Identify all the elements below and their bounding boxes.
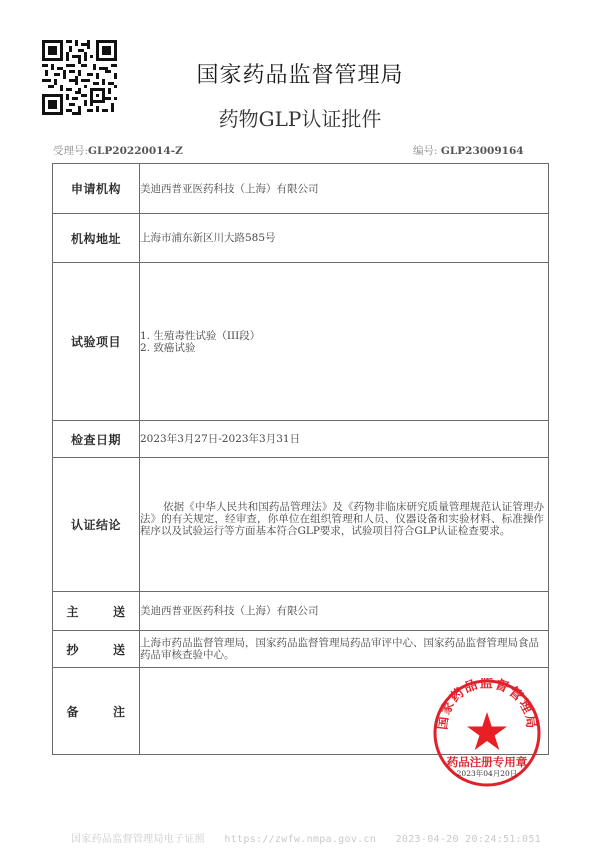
table-row-main-recipient: 主送 美迪西普亚医药科技（上海）有限公司 <box>53 592 549 631</box>
table-row-applicant: 申请机构 美迪西普亚医药科技（上海）有限公司 <box>53 164 549 214</box>
acceptance-number-label: 受理号: <box>53 145 88 157</box>
document-subtitle: 药物GLP认证批件 <box>0 103 600 132</box>
acceptance-number-value: GLP20220014-Z <box>88 145 183 157</box>
serial-number-value: GLP23009164 <box>441 145 524 157</box>
page-title: 国家药品监督管理局 <box>0 58 600 89</box>
certificate-table: 申请机构 美迪西普亚医药科技（上海）有限公司 机构地址 上海市浦东新区川大路58… <box>52 163 549 755</box>
footer-url[interactable]: https://zwfw.nmpa.gov.cn <box>224 834 376 845</box>
inspection-date-label: 检查日期 <box>53 421 140 458</box>
main-recipient-label: 主送 <box>53 592 140 631</box>
cc-value: 上海市药品监督管理局，国家药品监督管理局药品审评中心、国家药品监督管理局食品药品… <box>140 631 549 668</box>
serial-number-label: 编号: <box>413 145 438 157</box>
inspection-date-value: 2023年3月27日-2023年3月31日 <box>140 421 549 458</box>
main-recipient-value: 美迪西普亚医药科技（上海）有限公司 <box>140 592 549 631</box>
conclusion-value: 依据《中华人民共和国药品管理法》及《药物非临床研究质量管理规范认证管理办法》的有… <box>140 458 549 592</box>
seal-date: 2023年04月20日 <box>457 768 518 778</box>
remarks-label: 备注 <box>53 668 140 755</box>
footer: 国家药品监督管理局电子证照 https://zwfw.nmpa.gov.cn 2… <box>0 830 600 845</box>
test-items-label: 试验项目 <box>53 263 140 421</box>
footer-issuer: 国家药品监督管理局电子证照 <box>71 834 205 845</box>
conclusion-label: 认证结论 <box>53 458 140 592</box>
footer-timestamp: 2023-04-20 20:24:51:051 <box>396 834 541 845</box>
star-icon <box>467 712 507 750</box>
official-seal: 国家药品监督管理局 药品注册专用章 2023年04月20日 <box>432 678 542 788</box>
table-row-conclusion: 认证结论 依据《中华人民共和国药品管理法》及《药物非临床研究质量管理规范认证管理… <box>53 458 549 592</box>
test-item: 2. 致癌试验 <box>140 342 548 354</box>
seal-bottom-text: 药品注册专用章 <box>447 755 528 769</box>
applicant-value: 美迪西普亚医药科技（上海）有限公司 <box>140 164 549 214</box>
address-label: 机构地址 <box>53 214 140 263</box>
test-item: 1. 生殖毒性试验（III段） <box>140 330 548 342</box>
table-row-address: 机构地址 上海市浦东新区川大路585号 <box>53 214 549 263</box>
cc-label: 抄送 <box>53 631 140 668</box>
address-value: 上海市浦东新区川大路585号 <box>140 214 549 263</box>
acceptance-number: 受理号:GLP20220014-Z <box>53 143 183 158</box>
table-row-cc: 抄送 上海市药品监督管理局，国家药品监督管理局药品审评中心、国家药品监督管理局食… <box>53 631 549 668</box>
serial-number: 编号: GLP23009164 <box>413 143 524 158</box>
table-row-test-items: 试验项目 1. 生殖毒性试验（III段） 2. 致癌试验 <box>53 263 549 421</box>
applicant-label: 申请机构 <box>53 164 140 214</box>
test-items-value: 1. 生殖毒性试验（III段） 2. 致癌试验 <box>140 263 549 421</box>
conclusion-text: 依据《中华人民共和国药品管理法》及《药物非临床研究质量管理规范认证管理办法》的有… <box>140 501 548 537</box>
table-row-inspection-date: 检查日期 2023年3月27日-2023年3月31日 <box>53 421 549 458</box>
